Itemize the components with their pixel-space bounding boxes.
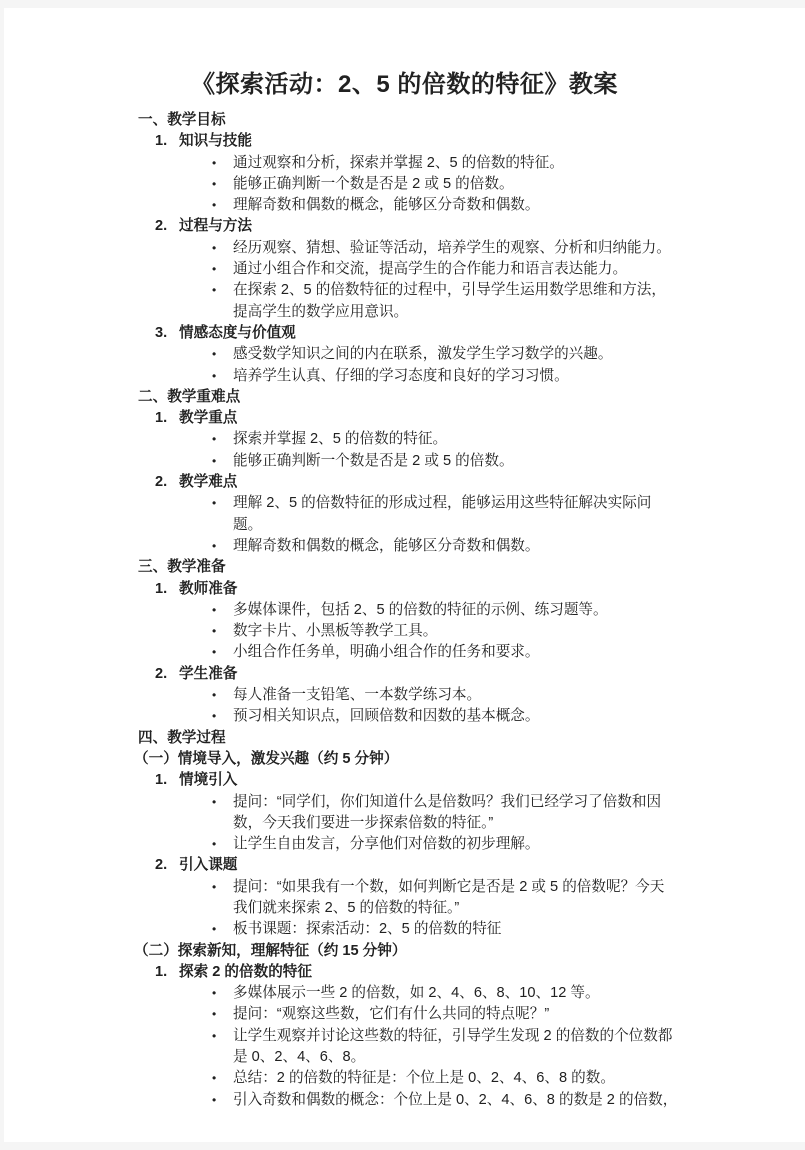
bullet-icon: • [212, 792, 233, 835]
numbered-item: 1.教学重点 [4, 408, 805, 429]
bullet-icon: • [212, 174, 233, 195]
bullet-item: •能够正确判断一个数是否是 2 或 5 的倍数。 [4, 451, 805, 472]
item-number: 1. [155, 770, 179, 791]
numbered-item: 1.探索 2 的倍数的特征 [4, 962, 805, 983]
item-title: 知识与技能 [179, 131, 805, 152]
section-heading: 四、教学过程 [4, 728, 805, 749]
bullet-icon: • [212, 1026, 233, 1069]
bullet-text: 预习相关知识点，回顾倍数和因数的基本概念。 [233, 706, 675, 727]
bullet-text: 探索并掌握 2、5 的倍数的特征。 [233, 429, 675, 450]
item-number: 3. [155, 323, 179, 344]
bullet-text: 多媒体课件，包括 2、5 的倍数的特征的示例、练习题等。 [233, 600, 675, 621]
bullet-text: 每人准备一支铅笔、一本数学练习本。 [233, 685, 675, 706]
bullet-item: •多媒体课件，包括 2、5 的倍数的特征的示例、练习题等。 [4, 600, 805, 621]
bullet-text: 培养学生认真、仔细的学习态度和良好的学习习惯。 [233, 366, 675, 387]
numbered-item: 2.教学难点 [4, 472, 805, 493]
section-heading: 一、教学目标 [4, 110, 805, 131]
bullet-text: 板书课题：探索活动：2、5 的倍数的特征 [233, 919, 675, 940]
bullet-icon: • [212, 919, 233, 940]
item-title: 探索 2 的倍数的特征 [179, 962, 805, 983]
bullet-item: •让学生观察并讨论这些数的特征，引导学生发现 2 的倍数的个位数都是 0、2、4… [4, 1026, 805, 1069]
bullet-item: •通过小组合作和交流，提高学生的合作能力和语言表达能力。 [4, 259, 805, 280]
bullet-text: 理解奇数和偶数的概念，能够区分奇数和偶数。 [233, 195, 675, 216]
bullet-icon: • [212, 1090, 233, 1111]
bullet-text: 多媒体展示一些 2 的倍数，如 2、4、6、8、10、12 等。 [233, 983, 675, 1004]
bullet-icon: • [212, 280, 233, 323]
subsection-heading: （一）情境导入，激发兴趣（约 5 分钟） [4, 749, 805, 770]
item-number: 2. [155, 855, 179, 876]
bullet-text: 小组合作任务单，明确小组合作的任务和要求。 [233, 642, 675, 663]
bullet-item: •提问：“如果我有一个数，如何判断它是否是 2 或 5 的倍数呢？今天我们就来探… [4, 877, 805, 920]
bullet-item: •多媒体展示一些 2 的倍数，如 2、4、6、8、10、12 等。 [4, 983, 805, 1004]
bullet-text: 通过观察和分析，探索并掌握 2、5 的倍数的特征。 [233, 153, 675, 174]
bullet-item: •板书课题：探索活动：2、5 的倍数的特征 [4, 919, 805, 940]
item-number: 1. [155, 579, 179, 600]
bullet-icon: • [212, 685, 233, 706]
bullet-item: •让学生自由发言，分享他们对倍数的初步理解。 [4, 834, 805, 855]
bullet-item: •提问：“观察这些数，它们有什么共同的特点呢？” [4, 1004, 805, 1025]
bullet-item: •能够正确判断一个数是否是 2 或 5 的倍数。 [4, 174, 805, 195]
bullet-item: •在探索 2、5 的倍数特征的过程中，引导学生运用数学思维和方法，提高学生的数学… [4, 280, 805, 323]
document-page: 《探索活动：2、5 的倍数的特征》教案 一、教学目标1.知识与技能•通过观察和分… [4, 8, 805, 1142]
bullet-item: •理解奇数和偶数的概念，能够区分奇数和偶数。 [4, 195, 805, 216]
bullet-text: 经历观察、猜想、验证等活动，培养学生的观察、分析和归纳能力。 [233, 238, 675, 259]
subsection-heading: （二）探索新知，理解特征（约 15 分钟） [4, 941, 805, 962]
item-title: 教学重点 [179, 408, 805, 429]
bullet-text: 理解 2、5 的倍数特征的形成过程，能够运用这些特征解决实际问题。 [233, 493, 675, 536]
bullet-text: 通过小组合作和交流，提高学生的合作能力和语言表达能力。 [233, 259, 675, 280]
bullet-icon: • [212, 877, 233, 920]
bullet-item: •预习相关知识点，回顾倍数和因数的基本概念。 [4, 706, 805, 727]
bullet-text: 在探索 2、5 的倍数特征的过程中，引导学生运用数学思维和方法，提高学生的数学应… [233, 280, 675, 323]
bullet-icon: • [212, 344, 233, 365]
bullet-icon: • [212, 621, 233, 642]
bullet-text: 提问：“同学们，你们知道什么是倍数吗？我们已经学习了倍数和因数，今天我们要进一步… [233, 792, 675, 835]
bullet-icon: • [212, 642, 233, 663]
bullet-item: •感受数学知识之间的内在联系，激发学生学习数学的兴趣。 [4, 344, 805, 365]
item-number: 1. [155, 962, 179, 983]
item-title: 引入课题 [179, 855, 805, 876]
bullet-item: •每人准备一支铅笔、一本数学练习本。 [4, 685, 805, 706]
bullet-text: 能够正确判断一个数是否是 2 或 5 的倍数。 [233, 451, 675, 472]
item-number: 1. [155, 408, 179, 429]
bullet-icon: • [212, 366, 233, 387]
item-number: 2. [155, 472, 179, 493]
bullet-icon: • [212, 195, 233, 216]
numbered-item: 2.学生准备 [4, 664, 805, 685]
bullet-item: •数字卡片、小黑板等教学工具。 [4, 621, 805, 642]
bullet-icon: • [212, 1004, 233, 1025]
item-title: 教师准备 [179, 579, 805, 600]
section-heading: 二、教学重难点 [4, 387, 805, 408]
numbered-item: 3.情感态度与价值观 [4, 323, 805, 344]
bullet-icon: • [212, 706, 233, 727]
numbered-item: 1.情境引入 [4, 770, 805, 791]
item-title: 过程与方法 [179, 216, 805, 237]
bullet-icon: • [212, 238, 233, 259]
bullet-text: 数字卡片、小黑板等教学工具。 [233, 621, 675, 642]
item-number: 1. [155, 131, 179, 152]
section-heading: 三、教学准备 [4, 557, 805, 578]
bullet-icon: • [212, 536, 233, 557]
bullet-text: 感受数学知识之间的内在联系，激发学生学习数学的兴趣。 [233, 344, 675, 365]
bullet-icon: • [212, 259, 233, 280]
bullet-text: 提问：“观察这些数，它们有什么共同的特点呢？” [233, 1004, 675, 1025]
item-title: 教学难点 [179, 472, 805, 493]
numbered-item: 1.知识与技能 [4, 131, 805, 152]
bullet-text: 总结：2 的倍数的特征是：个位上是 0、2、4、6、8 的数。 [233, 1068, 675, 1089]
bullet-item: •经历观察、猜想、验证等活动，培养学生的观察、分析和归纳能力。 [4, 238, 805, 259]
bullet-text: 让学生自由发言，分享他们对倍数的初步理解。 [233, 834, 675, 855]
bullet-text: 能够正确判断一个数是否是 2 或 5 的倍数。 [233, 174, 675, 195]
bullet-icon: • [212, 834, 233, 855]
bullet-text: 让学生观察并讨论这些数的特征，引导学生发现 2 的倍数的个位数都是 0、2、4、… [233, 1026, 675, 1069]
document-title: 《探索活动：2、5 的倍数的特征》教案 [4, 68, 805, 102]
bullet-item: •通过观察和分析，探索并掌握 2、5 的倍数的特征。 [4, 153, 805, 174]
bullet-item: •小组合作任务单，明确小组合作的任务和要求。 [4, 642, 805, 663]
bullet-item: •理解 2、5 的倍数特征的形成过程，能够运用这些特征解决实际问题。 [4, 493, 805, 536]
numbered-item: 1.教师准备 [4, 579, 805, 600]
item-title: 学生准备 [179, 664, 805, 685]
bullet-item: •理解奇数和偶数的概念，能够区分奇数和偶数。 [4, 536, 805, 557]
numbered-item: 2.引入课题 [4, 855, 805, 876]
numbered-item: 2.过程与方法 [4, 216, 805, 237]
viewer-background: 《探索活动：2、5 的倍数的特征》教案 一、教学目标1.知识与技能•通过观察和分… [0, 0, 805, 1150]
bullet-item: •培养学生认真、仔细的学习态度和良好的学习习惯。 [4, 366, 805, 387]
bullet-text: 理解奇数和偶数的概念，能够区分奇数和偶数。 [233, 536, 675, 557]
bullet-item: •提问：“同学们，你们知道什么是倍数吗？我们已经学习了倍数和因数，今天我们要进一… [4, 792, 805, 835]
bullet-item: •引入奇数和偶数的概念：个位上是 0、2、4、6、8 的数是 2 的倍数， [4, 1090, 805, 1111]
bullet-icon: • [212, 451, 233, 472]
bullet-item: •总结：2 的倍数的特征是：个位上是 0、2、4、6、8 的数。 [4, 1068, 805, 1089]
bullet-icon: • [212, 600, 233, 621]
bullet-item: •探索并掌握 2、5 的倍数的特征。 [4, 429, 805, 450]
item-title: 情境引入 [179, 770, 805, 791]
item-number: 2. [155, 216, 179, 237]
bullet-icon: • [212, 1068, 233, 1089]
bullet-icon: • [212, 429, 233, 450]
bullet-text: 引入奇数和偶数的概念：个位上是 0、2、4、6、8 的数是 2 的倍数， [233, 1090, 677, 1111]
bullet-icon: • [212, 983, 233, 1004]
item-number: 2. [155, 664, 179, 685]
document-body: 一、教学目标1.知识与技能•通过观察和分析，探索并掌握 2、5 的倍数的特征。•… [4, 110, 805, 1111]
bullet-icon: • [212, 153, 233, 174]
bullet-text: 提问：“如果我有一个数，如何判断它是否是 2 或 5 的倍数呢？今天我们就来探索… [233, 877, 675, 920]
item-title: 情感态度与价值观 [179, 323, 805, 344]
bullet-icon: • [212, 493, 233, 536]
